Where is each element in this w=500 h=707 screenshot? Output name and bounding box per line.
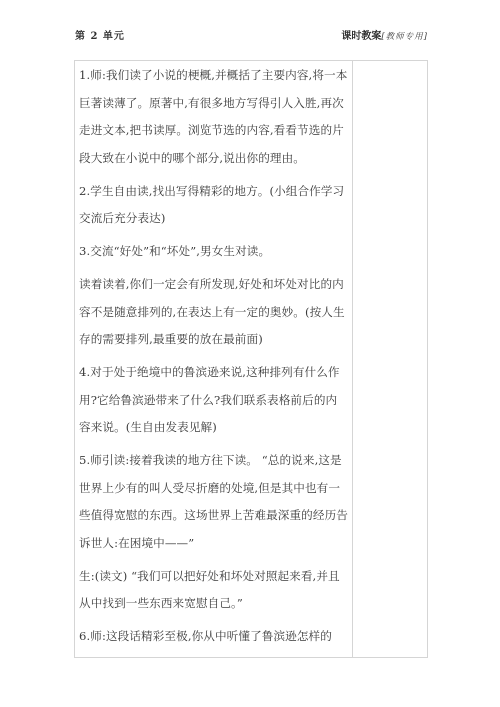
notes-column-empty <box>353 61 427 657</box>
page-header: 第 2 单元 课时教案[教师专用] <box>75 27 428 42</box>
lesson-content-cell: 1.师:我们读了小说的梗概,并概括了主要内容,将一本巨著读薄了。原著中,有很多地… <box>75 61 353 657</box>
lesson-content-table: 1.师:我们读了小说的梗概,并概括了主要内容,将一本巨著读薄了。原著中,有很多地… <box>74 60 428 658</box>
paragraph: 5.师引读:接着我读的地方往下读。 “总的说来,这是世界上少有的叫人受尽折磨的处… <box>79 447 348 557</box>
paragraph: 2.学生自由读,找出写得精彩的地方。(小组合作学习交流后充分表达) <box>79 178 348 233</box>
paragraph: 6.师:这段话精彩至极,你从中听懂了鲁滨逊怎样的 <box>79 623 348 651</box>
lesson-plan-page: 第 2 单元 课时教案[教师专用] 1.师:我们读了小说的梗概,并概括了主要内容… <box>0 0 500 707</box>
unit-label: 第 2 单元 <box>75 27 125 42</box>
teacher-only-note: [教师专用] <box>381 32 428 42</box>
paragraph: 4.对于处于绝境中的鲁滨逊来说,这种排列有什么作用?它给鲁滨逊带来了什么?我们联… <box>79 359 348 442</box>
paragraph: 读着读着,你们一定会有所发现,好处和坏处对比的内容不是随意排列的,在表达上有一定… <box>79 271 348 354</box>
paragraph: 生:(读文) “我们可以把好处和坏处对照起来看,并且从中找到一些东西来宽慰自己。… <box>79 563 348 618</box>
document-type-label: 课时教案[教师专用] <box>341 27 428 42</box>
paragraph: 3.交流“好处”和“坏处”,男女生对读。 <box>79 238 348 266</box>
paragraph: 1.师:我们读了小说的梗概,并概括了主要内容,将一本巨著读薄了。原著中,有很多地… <box>79 62 348 172</box>
lesson-plan-title: 课时教案 <box>341 31 381 42</box>
